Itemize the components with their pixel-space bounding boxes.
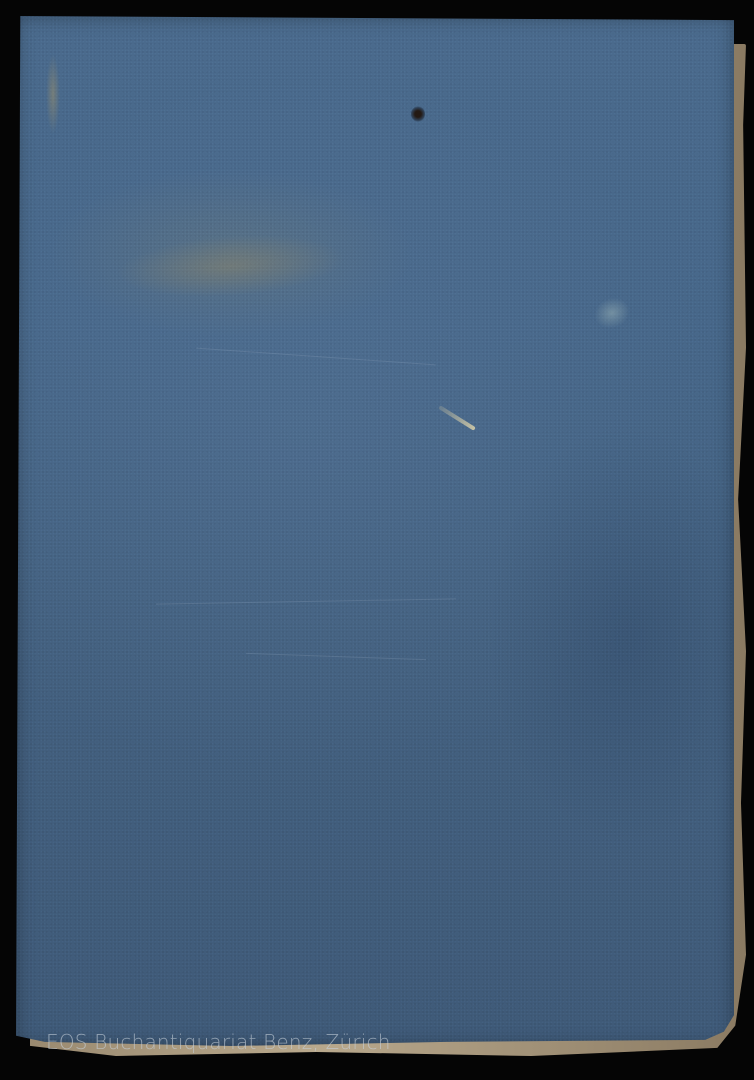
- photo-scene: EOS Buchantiquariat Benz, Zürich: [0, 0, 754, 1080]
- dark-spot: [411, 106, 425, 122]
- left-edge-stain: [46, 54, 60, 134]
- paper-texture: [16, 16, 734, 1046]
- watermark-text: EOS Buchantiquariat Benz, Zürich: [46, 1030, 391, 1054]
- book-cover: [16, 16, 734, 1046]
